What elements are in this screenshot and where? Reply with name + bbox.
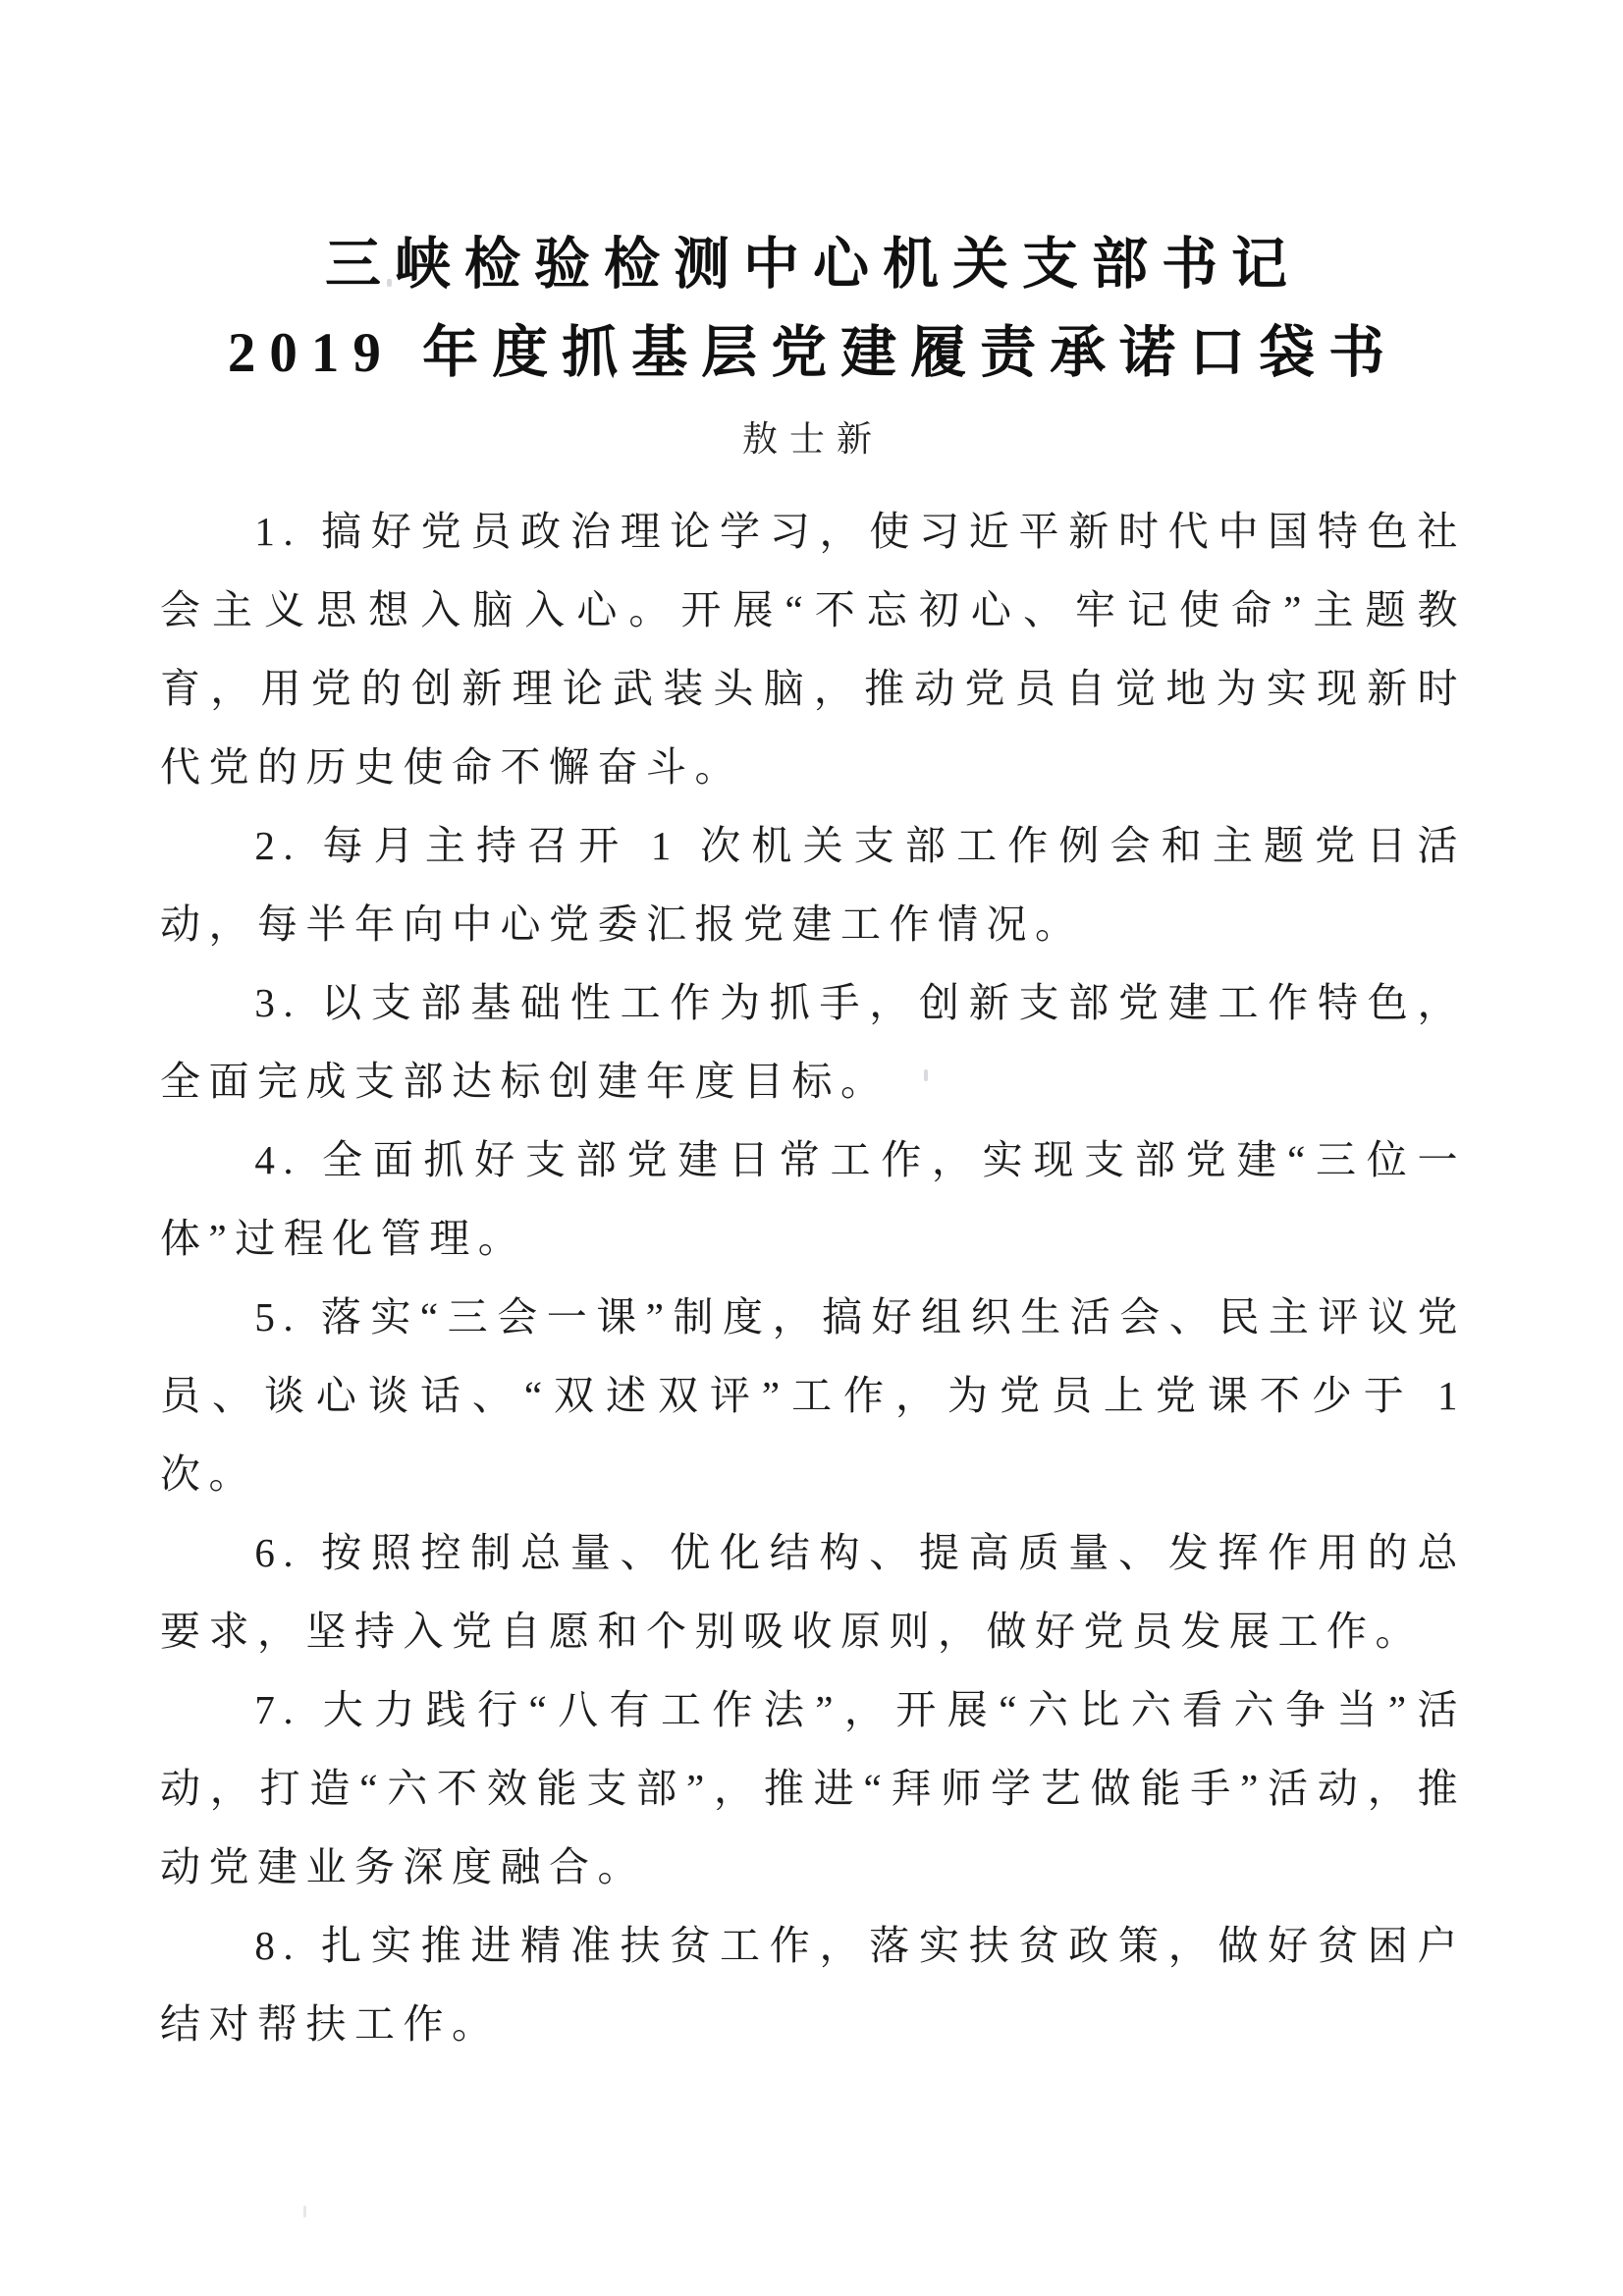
document-title-line2: 2019 年度抓基层党建履责承诺口袋书 (160, 309, 1466, 398)
paragraph-3: 3. 以支部基础性工作为抓手，创新支部党建工作特色，全面完成支部达标创建年度目标… (160, 963, 1466, 1121)
scan-artifact (924, 1069, 928, 1081)
paragraph-4: 4. 全面抓好支部党建日常工作，实现支部党建“三位一体”过程化管理。 (160, 1121, 1466, 1278)
scan-artifact (303, 2206, 306, 2217)
paragraph-1: 1. 搞好党员政治理论学习，使习近平新时代中国特色社会主义思想入脑入心。开展“不… (160, 492, 1466, 806)
paragraph-8: 8. 扎实推进精准扶贫工作，落实扶贫政策，做好贫困户结对帮扶工作。 (160, 1906, 1466, 2063)
document-body: 1. 搞好党员政治理论学习，使习近平新时代中国特色社会主义思想入脑入心。开展“不… (160, 492, 1466, 2063)
paragraph-5: 5. 落实“三会一课”制度，搞好组织生活会、民主评议党员、谈心谈话、“双述双评”… (160, 1278, 1466, 1513)
scanned-document-page: 三峡检验检测中心机关支部书记 2019 年度抓基层党建履责承诺口袋书 敖士新 1… (0, 0, 1623, 2296)
author-name: 敖士新 (160, 413, 1466, 465)
document-title-line1: 三峡检验检测中心机关支部书记 (160, 221, 1466, 309)
paragraph-7: 7. 大力践行“八有工作法”，开展“六比六看六争当”活动，打造“六不效能支部”，… (160, 1670, 1466, 1906)
paragraph-2: 2. 每月主持召开 1 次机关支部工作例会和主题党日活动，每半年向中心党委汇报党… (160, 806, 1466, 963)
paragraph-6: 6. 按照控制总量、优化结构、提高质量、发挥作用的总要求，坚持入党自愿和个别吸收… (160, 1513, 1466, 1670)
document-content: 三峡检验检测中心机关支部书记 2019 年度抓基层党建履责承诺口袋书 敖士新 1… (160, 0, 1466, 2063)
scan-artifact (387, 279, 392, 287)
